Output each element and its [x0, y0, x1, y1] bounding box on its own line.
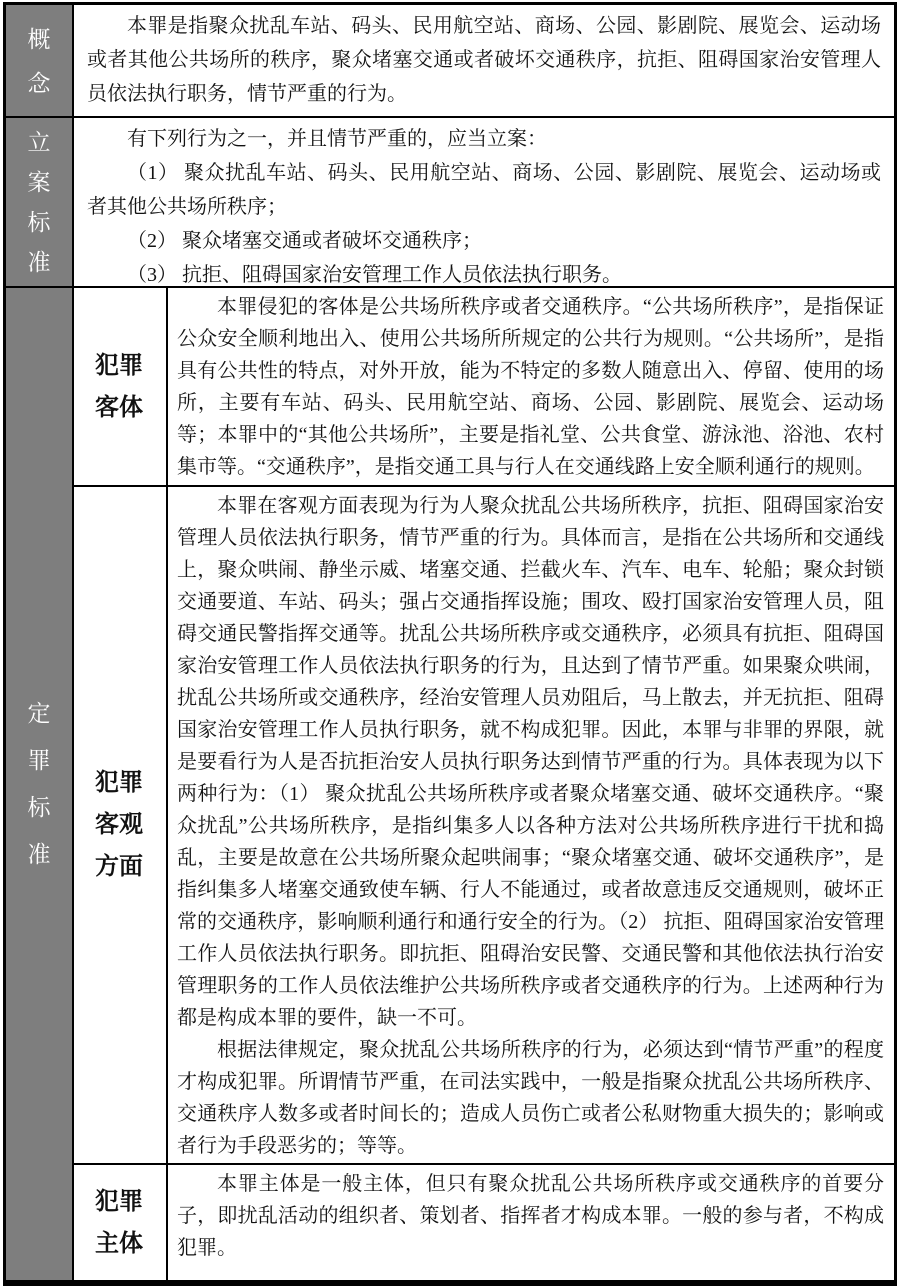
filing-item-2: （2） 聚众堵塞交通或者破坏交通秩序；: [87, 224, 881, 258]
row-header-filing-label: 立 案 标 准: [28, 122, 51, 282]
filing-intro: 有下列行为之一，并且情节严重的，应当立案：: [87, 122, 881, 156]
legal-reference-table: 概 念 本罪是指聚众扰乱车站、码头、民用航空站、商场、公园、影剧院、展览会、运动…: [3, 2, 897, 1286]
crime-subject-cell: 本罪主体是一般主体，但只有聚众扰乱公共场所秩序或交通秩序的首要分子，即扰乱活动的…: [168, 1165, 894, 1280]
crime-subject-text: 本罪主体是一般主体，但只有聚众扰乱公共场所秩序或交通秩序的首要分子，即扰乱活动的…: [177, 1168, 884, 1264]
row-header-concept-label: 概 念: [28, 17, 51, 105]
crime-objective-aspect-para1: 本罪在客观方面表现为行为人聚众扰乱公共场所秩序，抗拒、阻碍国家治安管理人员依法执…: [177, 490, 884, 1034]
filing-item-3: （3） 抗拒、阻碍国家治安管理工作人员依法执行职务。: [87, 258, 881, 286]
subrow-header-crime-objective-aspect-label: 犯罪客观方面: [95, 762, 145, 888]
crime-objective-aspect-para2: 根据法律规定，聚众扰乱公共场所秩序的行为，必须达到“情节严重”的程度才构成犯罪。…: [177, 1034, 884, 1162]
concept-cell: 本罪是指聚众扰乱车站、码头、民用航空站、商场、公园、影剧院、展览会、运动场或者其…: [74, 5, 894, 116]
subrow-header-crime-object: 犯罪客体: [74, 288, 166, 485]
table-grid: 概 念 本罪是指聚众扰乱车站、码头、民用航空站、商场、公园、影剧院、展览会、运动…: [6, 5, 894, 1280]
subrow-header-crime-objective-aspect: 犯罪客观方面: [74, 487, 166, 1163]
crime-object-text: 本罪侵犯的客体是公共场所秩序或者交通秩序。“公共场所秩序”，是指保证公众安全顺利…: [177, 291, 884, 483]
row-header-filing: 立 案 标 准: [6, 118, 72, 286]
row-header-concept: 概 念: [6, 5, 72, 116]
crime-object-cell: 本罪侵犯的客体是公共场所秩序或者交通秩序。“公共场所秩序”，是指保证公众安全顺利…: [168, 288, 894, 485]
subrow-header-crime-subject-label: 犯罪主体: [95, 1181, 145, 1265]
subrow-header-crime-subject: 犯罪主体: [74, 1165, 166, 1280]
concept-text: 本罪是指聚众扰乱车站、码头、民用航空站、商场、公园、影剧院、展览会、运动场或者其…: [87, 9, 881, 111]
filing-item-1: （1） 聚众扰乱车站、码头、民用航空站、商场、公园、影剧院、展览会、运动场或者其…: [87, 156, 881, 224]
row-header-conviction-label: 定 罪 标 准: [28, 690, 51, 878]
crime-objective-aspect-cell: 本罪在客观方面表现为行为人聚众扰乱公共场所秩序，抗拒、阻碍国家治安管理人员依法执…: [168, 487, 894, 1163]
subrow-header-crime-object-label: 犯罪客体: [95, 345, 145, 429]
filing-cell: 有下列行为之一，并且情节严重的，应当立案： （1） 聚众扰乱车站、码头、民用航空…: [74, 118, 894, 286]
row-header-conviction: 定 罪 标 准: [6, 288, 72, 1280]
